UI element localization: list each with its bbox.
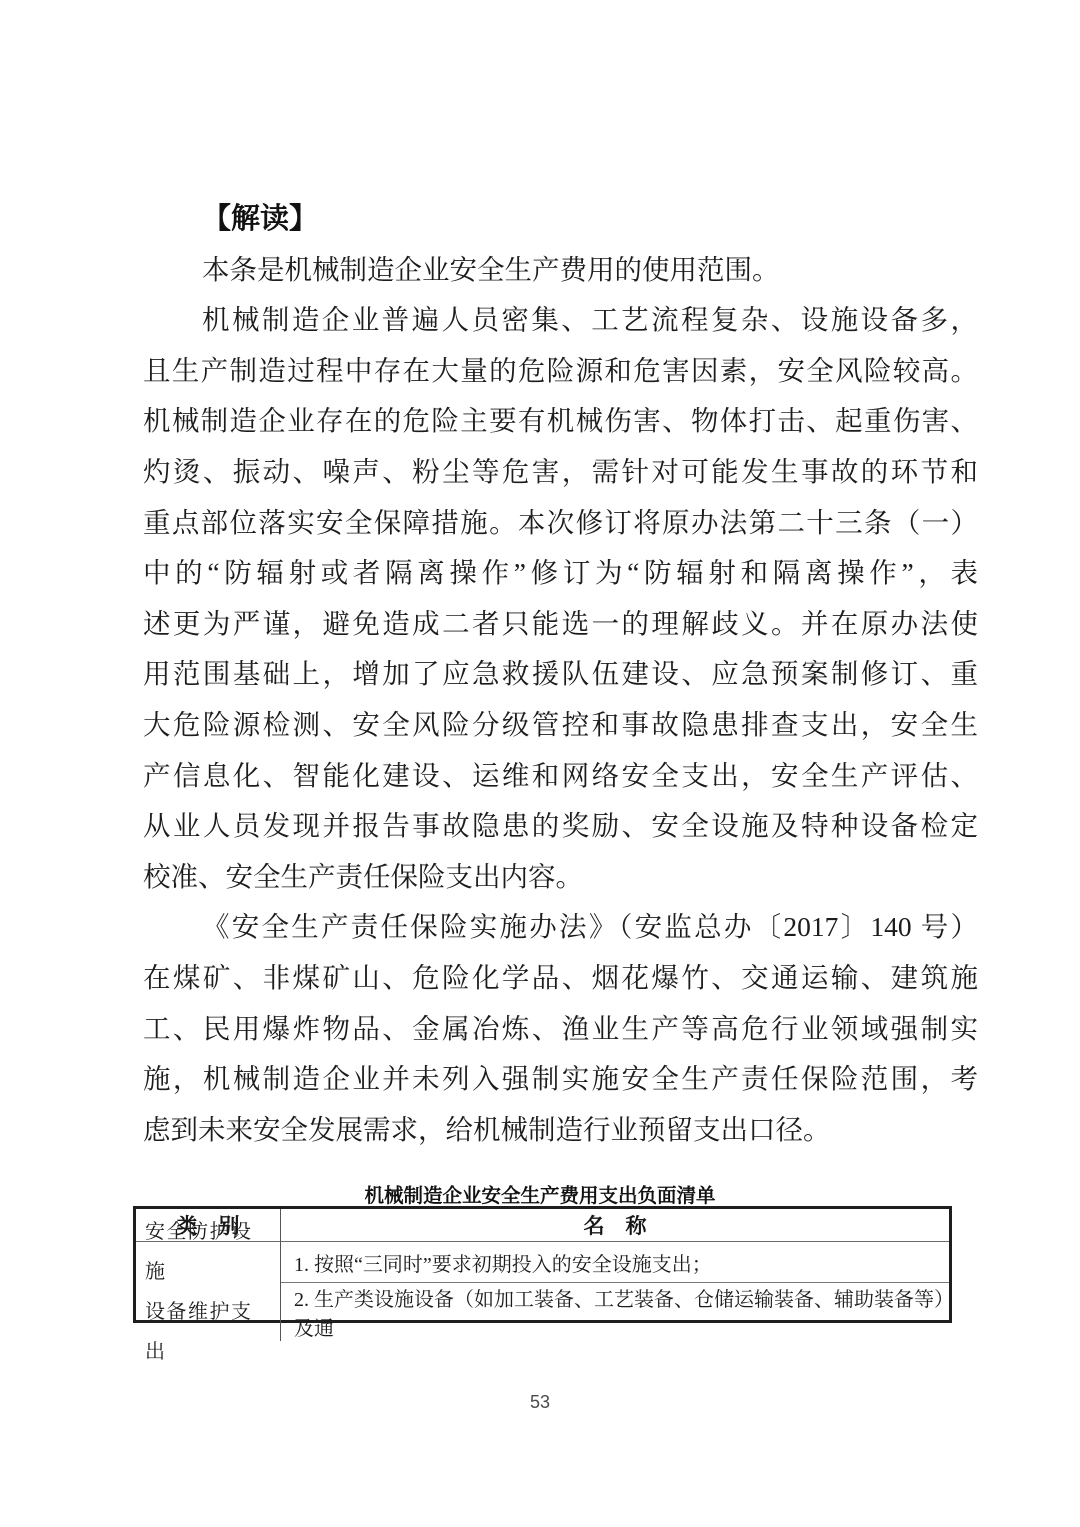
body-line: 且生产制造过程中存在大量的危险源和危害因素，安全风险较高。 xyxy=(143,346,978,397)
body-line: 校准、安全生产责任保险支出内容。 xyxy=(143,852,978,903)
table-header-name: 名 称 xyxy=(281,1209,949,1242)
body-line: 述更为严谨，避免造成二者只能选一的理解歧义。并在原办法使 xyxy=(143,599,978,650)
negative-list-table: 类 别 名 称 安全防护设施 设备维护支出 1. 按照“三同时”要求初期投入的安… xyxy=(133,1206,952,1323)
document-page: 【解读】 本条是机械制造企业安全生产费用的使用范围。 机械制造企业普遍人员密集、… xyxy=(0,0,1080,1527)
body-line: 灼烫、振动、噪声、粉尘等危害，需针对可能发生事故的环节和 xyxy=(143,447,978,498)
category-line: 安全防护设施 xyxy=(145,1212,271,1292)
body-line: 虑到未来安全发展需求，给机械制造行业预留支出口径。 xyxy=(143,1105,978,1156)
body-line: 在煤矿、非煤矿山、危险化学品、烟花爆竹、交通运输、建筑施 xyxy=(143,953,978,1004)
body-line: 施，机械制造企业并未列入强制实施安全生产责任保险范围，考 xyxy=(143,1054,978,1105)
body-line: 中的“防辐射或者隔离操作”修订为“防辐射和隔离操作”，表 xyxy=(143,548,978,599)
page-number: 53 xyxy=(0,1392,1080,1413)
body-line: 重点部位落实安全保障措施。本次修订将原办法第二十三条（一） xyxy=(143,498,978,549)
body-line: 工、民用爆炸物品、金属冶炼、渔业生产等高危行业领域强制实 xyxy=(143,1004,978,1055)
section-header: 【解读】 xyxy=(143,194,978,245)
body-line: 机械制造企业存在的危险主要有机械伤害、物体打击、起重伤害、 xyxy=(143,396,978,447)
table-title: 机械制造企业安全生产费用支出负面清单 xyxy=(0,1180,1080,1208)
body-line: 本条是机械制造企业安全生产费用的使用范围。 xyxy=(143,245,978,296)
body-line: 机械制造企业普遍人员密集、工艺流程复杂、设施设备多， xyxy=(143,295,978,346)
body-text: 【解读】 本条是机械制造企业安全生产费用的使用范围。 机械制造企业普遍人员密集、… xyxy=(143,194,978,1155)
table-cell-category: 安全防护设施 设备维护支出 xyxy=(136,1242,281,1341)
table-cell-item: 1. 按照“三同时”要求初期投入的安全设施支出； xyxy=(281,1242,949,1283)
body-line: 用范围基础上，增加了应急救援队伍建设、应急预案制修订、重 xyxy=(143,649,978,700)
body-line: 产信息化、智能化建设、运维和网络安全支出，安全生产评估、 xyxy=(143,751,978,802)
body-line: 大危险源检测、安全风险分级管控和事故隐患排查支出，安全生 xyxy=(143,700,978,751)
body-line: 从业人员发现并报告事故隐患的奖励、安全设施及特种设备检定 xyxy=(143,801,978,852)
table-cell-item: 2. 生产类设施设备（如加工装备、工艺装备、仓储运输装备、辅助装备等）及通 xyxy=(281,1283,949,1341)
category-line: 设备维护支出 xyxy=(145,1292,271,1372)
body-line: 《安全生产责任保险实施办法》（安监总办〔2017〕140 号） xyxy=(143,902,978,953)
